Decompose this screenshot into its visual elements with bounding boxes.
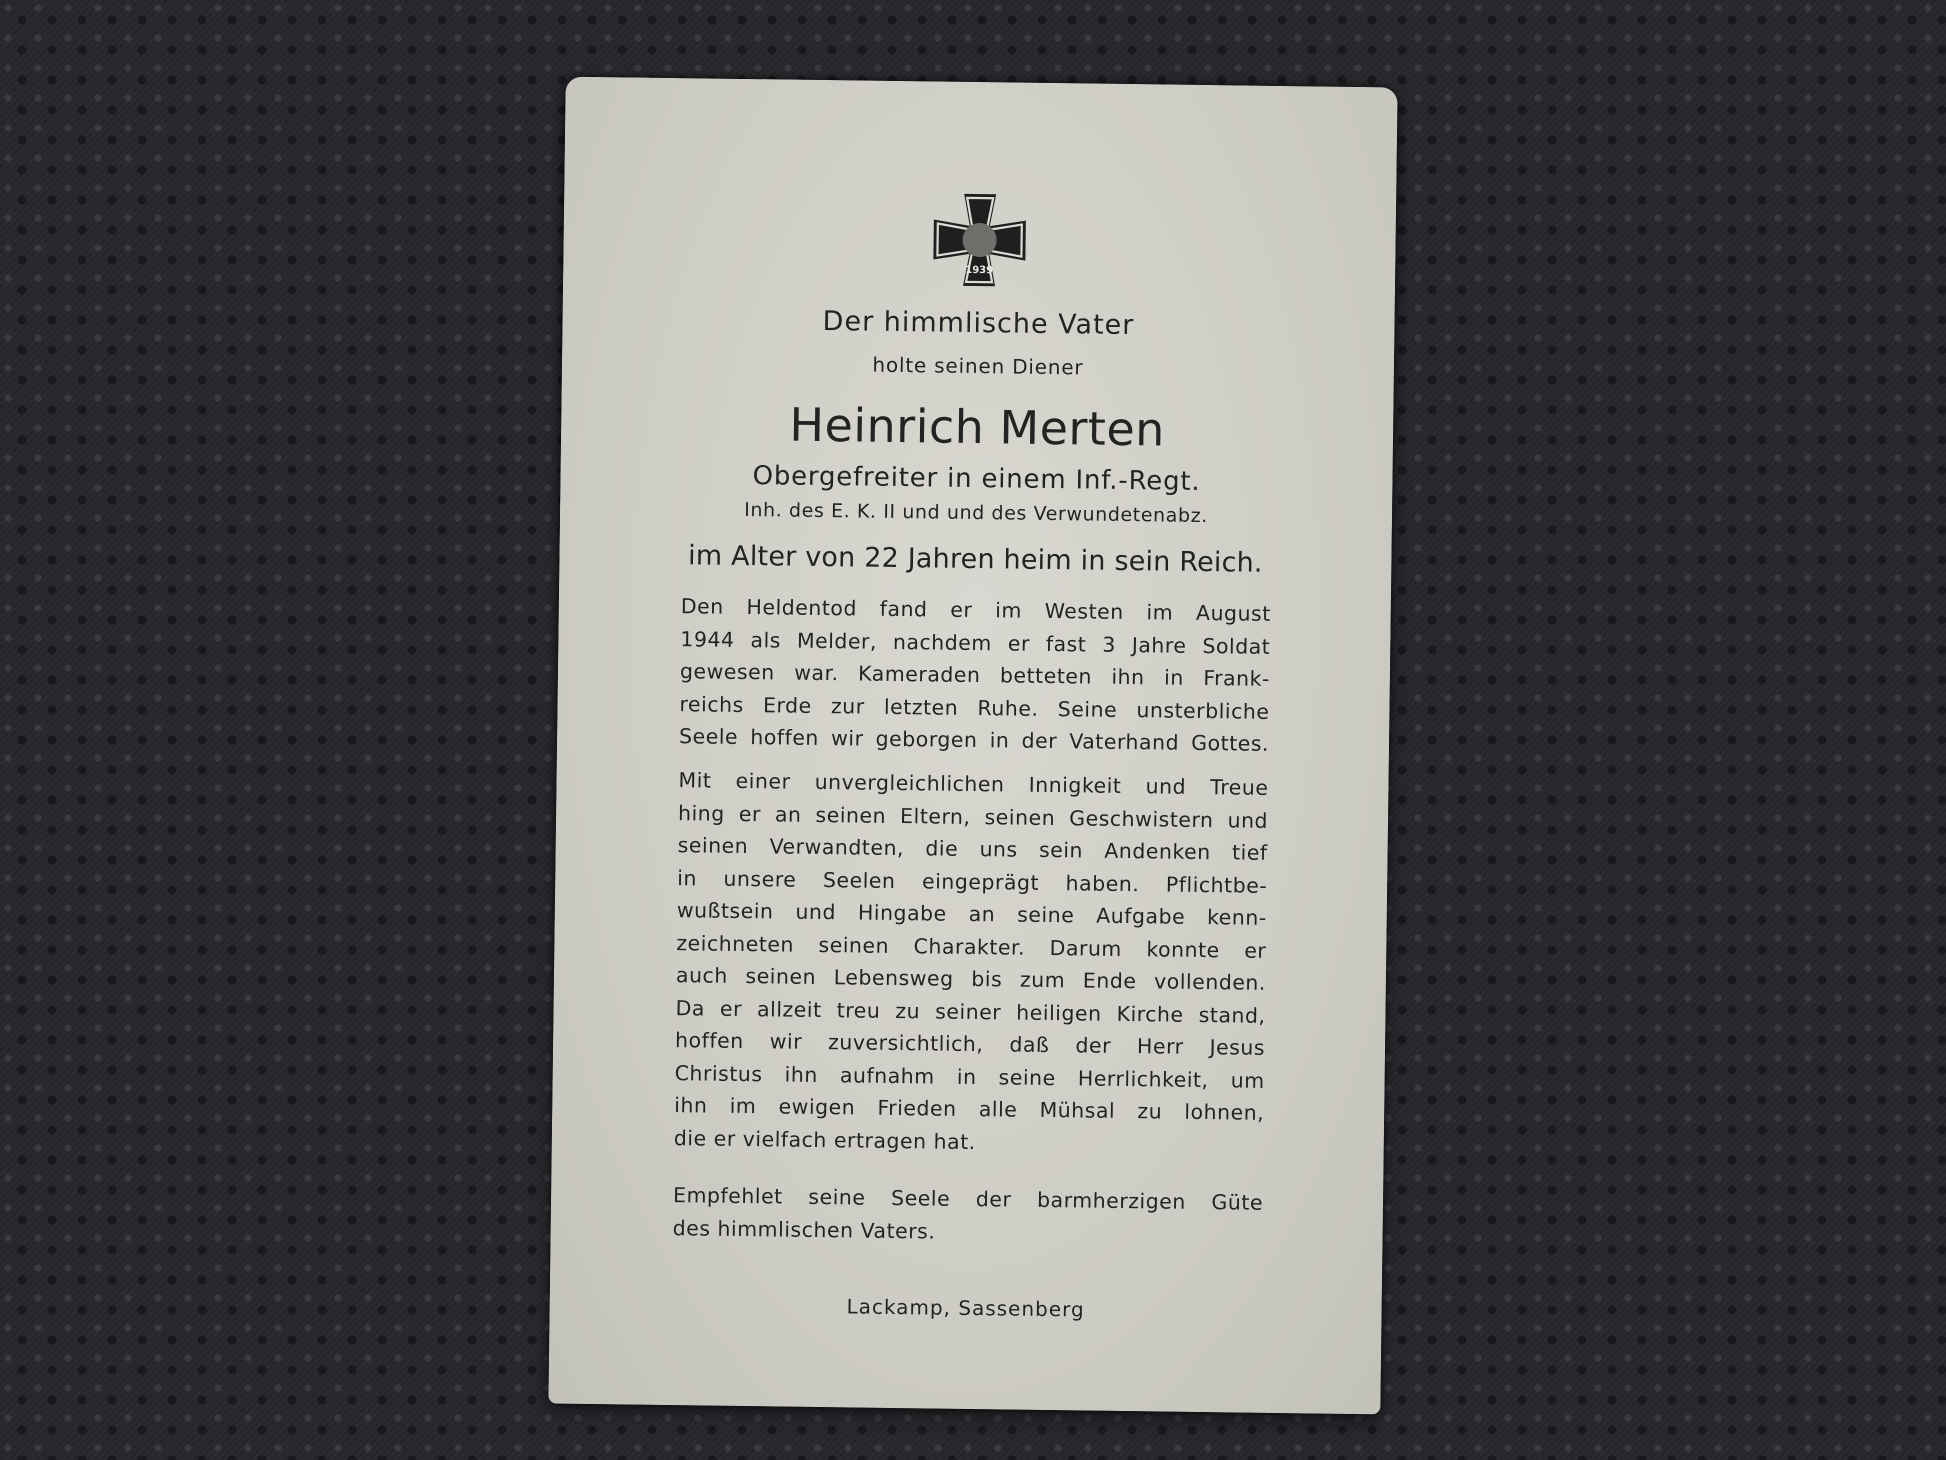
paragraph-death-circumstances: Den Heldentod fand er im Westen im Augus… [679, 590, 1271, 760]
subheading: holte seinen Diener [562, 349, 1394, 384]
deceased-name: Heinrich Merten [561, 395, 1394, 460]
iron-cross-icon: 1939 [929, 189, 1030, 290]
awards-line: Inh. des E. K. II und und des Verwundete… [560, 497, 1392, 530]
printer-imprint: Lackamp, Sassenberg [550, 1291, 1382, 1326]
memorial-card: 1939 Der himmlische Vater holte seinen D… [548, 77, 1397, 1415]
paragraph-prayer-request: Empfehlet seine Seele der barmherzigen G… [672, 1179, 1263, 1252]
military-rank: Obergefreiter in einem Inf.-Regt. [560, 459, 1392, 500]
paragraph-character: Mit einer unvergleichlichen Innigkeit un… [674, 764, 1269, 1162]
text-line: Seele hoffen wir geborgen in der Vaterha… [679, 720, 1269, 760]
emblem-year: 1939 [929, 264, 1029, 276]
heading: Der himmlische Vater [562, 303, 1394, 345]
age-line: im Alter von 22 Jahren heim in sein Reic… [559, 539, 1391, 581]
